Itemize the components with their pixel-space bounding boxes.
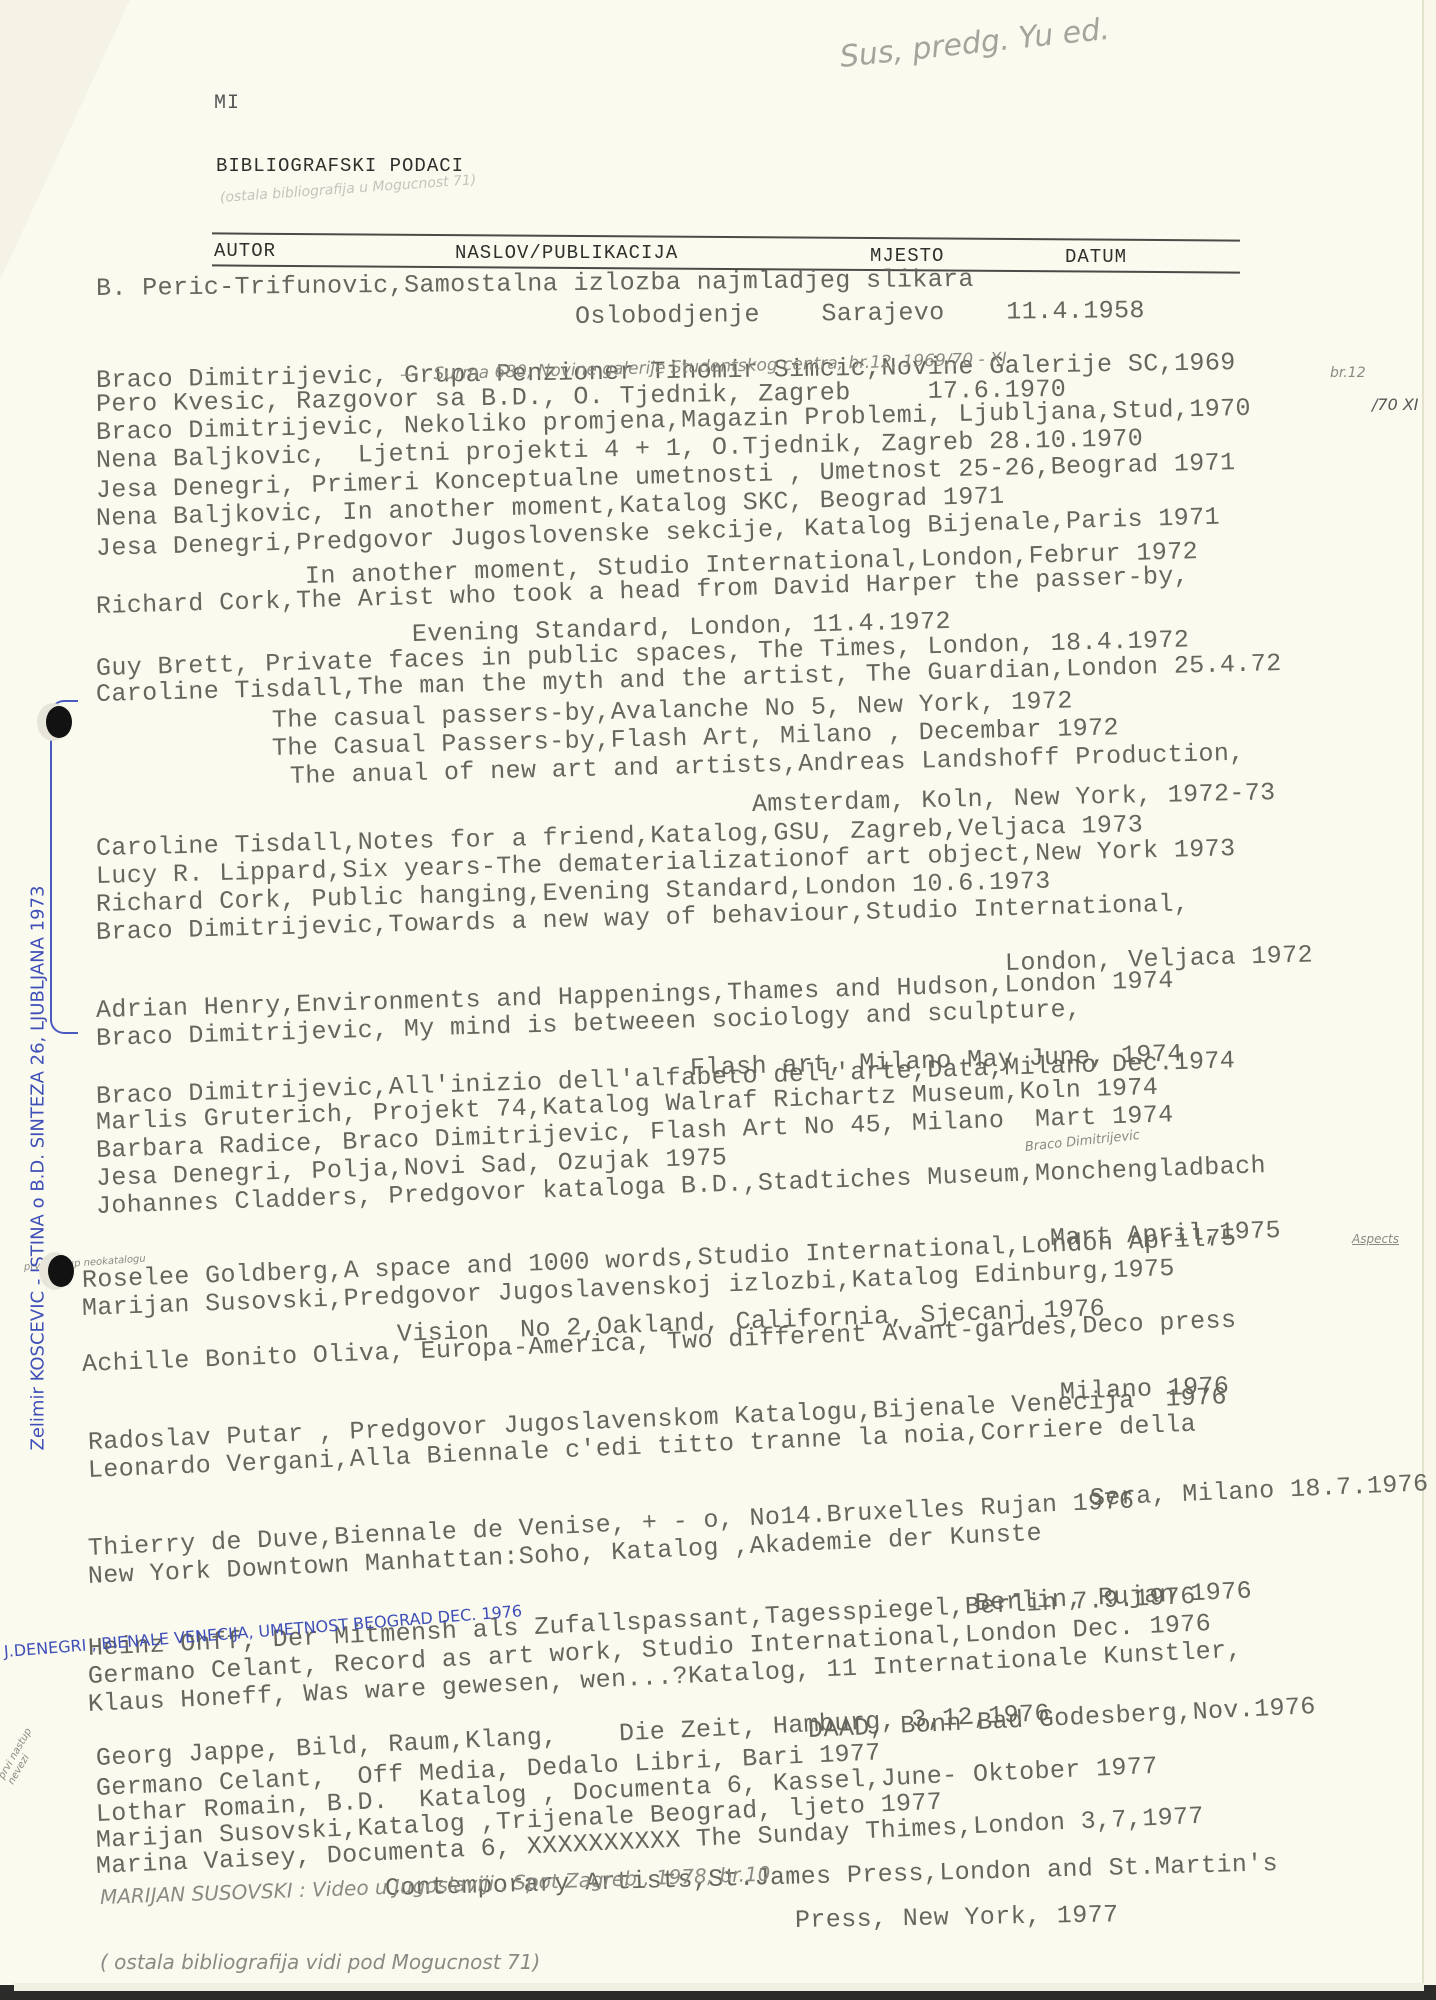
column-datum: DATUM <box>1065 246 1127 268</box>
corner-fragment: MI <box>214 92 240 115</box>
punch-hole-bottom <box>48 1255 74 1287</box>
pencil-br12-note: br.12 <box>1330 365 1366 381</box>
column-mjesto: MJESTO <box>870 245 944 267</box>
blue-margin-note: Zelimir KOSCEVIC - ISTINA o B.D. SINTEZA… <box>28 886 49 1451</box>
pencil-bottom-note-2: ( ostala bibliografija vidi pod Mogucnos… <box>100 1950 540 1974</box>
page-title: BIBLIOGRAFSKI PODACI <box>216 155 464 177</box>
pencil-aspects-note: Aspects <box>1352 1232 1399 1246</box>
column-autor: AUTOR <box>214 240 276 262</box>
page-bottom-edge <box>0 1985 1436 2000</box>
bibliography-entry: Oslobodjenje Sarajevo 11.4.1958 <box>575 296 1145 331</box>
blue-bracket <box>50 700 78 1034</box>
punch-hole-top <box>46 706 72 738</box>
column-naslov: NASLOV/PUBLIKACIJA <box>455 242 678 264</box>
bibliography-entry: Press, New York, 1977 <box>795 1900 1119 1935</box>
pencil-7011-note: /70 XI <box>1372 395 1419 414</box>
